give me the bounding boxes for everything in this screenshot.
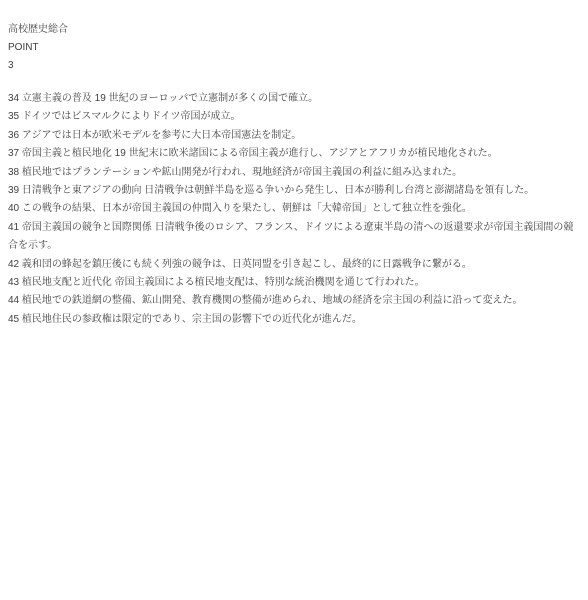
point-item-number: 44 (8, 295, 19, 306)
course-title: 高校歴史総合 (8, 21, 582, 39)
point-row: 43 植民地支配と近代化 帝国主義国による植民地支配は、特別な統治機関を通じて行… (8, 274, 582, 292)
point-row: 35 ドイツではビスマルクによりドイツ帝国が成立。 (8, 108, 582, 126)
point-row: 44 植民地での鉄道網の整備、鉱山開発、教育機関の整備が進められ、地域の経済を宗… (8, 292, 582, 310)
point-row: 45 植民地住民の参政権は限定的であり、宗主国の影響下での近代化が進んだ。 (8, 311, 582, 329)
point-item-text: 帝国主義と植民地化 19 世紀末に欧米諸国による帝国主義が進行し、アジアとアフリ… (22, 148, 498, 159)
point-item-text: ドイツではビスマルクによりドイツ帝国が成立。 (22, 111, 241, 122)
document-page: 高校歴史総合 POINT 3 34 立憲主義の普及 19 世紀のヨーロッパで立憲… (0, 0, 588, 600)
point-item-number: 40 (8, 203, 19, 214)
point-item-number: 36 (8, 130, 19, 141)
point-item-text: 日清戦争と東アジアの動向 日清戦争は朝鮮半島を巡る争いから発生し、日本が勝利し台… (22, 185, 534, 196)
point-item-text: 義和団の蜂起を鎮圧後にも続く列強の競争は、日英同盟を引き起こし、最終的に日露戦争… (22, 259, 472, 270)
point-row: 39 日清戦争と東アジアの動向 日清戦争は朝鮮半島を巡る争いから発生し、日本が勝… (8, 182, 582, 200)
point-label: POINT (8, 39, 582, 57)
point-item-text: 立憲主義の普及 19 世紀のヨーロッパで立憲制が多くの国で確立。 (22, 93, 318, 104)
point-item-number: 37 (8, 148, 19, 159)
point-item-number: 34 (8, 93, 19, 104)
point-row: 42 義和団の蜂起を鎮圧後にも続く列強の競争は、日英同盟を引き起こし、最終的に日… (8, 256, 582, 274)
point-row: 36 アジアでは日本が欧米モデルを参考に大日本帝国憲法を制定。 (8, 127, 582, 145)
point-item-text: 帝国主義国の競争と国際関係 日清戦争後のロシア、フランス、ドイツによる遼東半島の… (8, 222, 573, 251)
point-item-text: この戦争の結果、日本が帝国主義国の仲間入りを果たし、朝鮮は「大韓帝国」として独立… (22, 203, 472, 214)
point-item-text: 植民地での鉄道網の整備、鉱山開発、教育機関の整備が進められ、地域の経済を宗主国の… (22, 295, 523, 306)
point-item-number: 42 (8, 259, 19, 270)
point-item-number: 45 (8, 314, 19, 325)
point-item-text: 植民地ではプランテーションや鉱山開発が行われ、現地経済が帝国主義国の利益に組み込… (22, 167, 462, 178)
point-row: 34 立憲主義の普及 19 世紀のヨーロッパで立憲制が多くの国で確立。 (8, 90, 582, 108)
point-item-number: 41 (8, 222, 19, 233)
point-item-number: 35 (8, 111, 19, 122)
point-item-text: アジアでは日本が欧米モデルを参考に大日本帝国憲法を制定。 (22, 130, 301, 141)
point-item-number: 38 (8, 167, 19, 178)
point-row: 37 帝国主義と植民地化 19 世紀末に欧米諸国による帝国主義が進行し、アジアと… (8, 145, 582, 163)
point-number: 3 (8, 57, 582, 75)
document-header: 高校歴史総合 POINT 3 (8, 21, 582, 75)
point-item-number: 43 (8, 277, 19, 288)
point-row: 40 この戦争の結果、日本が帝国主義国の仲間入りを果たし、朝鮮は「大韓帝国」とし… (8, 200, 582, 218)
point-row: 38 植民地ではプランテーションや鉱山開発が行われ、現地経済が帝国主義国の利益に… (8, 164, 582, 182)
point-row: 41 帝国主義国の競争と国際関係 日清戦争後のロシア、フランス、ドイツによる遼東… (8, 219, 582, 256)
points-list: 34 立憲主義の普及 19 世紀のヨーロッパで立憲制が多くの国で確立。35 ドイ… (8, 90, 582, 329)
point-item-text: 植民地支配と近代化 帝国主義国による植民地支配は、特別な統治機関を通じて行われた… (22, 277, 425, 288)
point-item-text: 植民地住民の参政権は限定的であり、宗主国の影響下での近代化が進んだ。 (22, 314, 362, 325)
point-item-number: 39 (8, 185, 19, 196)
